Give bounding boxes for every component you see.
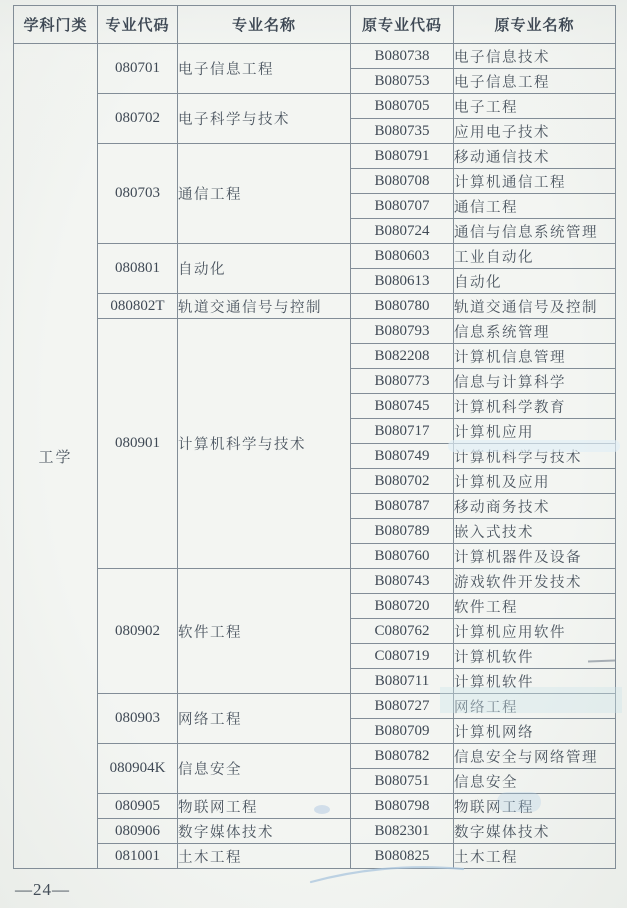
major-code-cell: 080702: [98, 94, 178, 144]
major-name-cell: 数字媒体技术: [178, 819, 351, 844]
old-major-code-cell: B080720: [351, 594, 454, 619]
old-major-code-cell: C080719: [351, 644, 454, 669]
major-name-cell: 计算机科学与技术: [178, 319, 351, 569]
old-major-name-cell: 移动通信技术: [454, 144, 616, 169]
table-row: 080902软件工程B080743游戏软件开发技术: [14, 569, 616, 594]
old-major-code-cell: B080782: [351, 744, 454, 769]
major-code-cell: 080801: [98, 244, 178, 294]
table-row: 080906数字媒体技术B082301数字媒体技术: [14, 819, 616, 844]
scan-smudge: [440, 687, 622, 713]
old-major-code-cell: B080780: [351, 294, 454, 319]
table-row: 工学080701电子信息工程B080738电子信息技术: [14, 44, 616, 69]
page-number: —24—: [15, 880, 70, 900]
old-major-code-cell: B080603: [351, 244, 454, 269]
old-major-name-cell: 计算机通信工程: [454, 169, 616, 194]
old-major-name-cell: 电子工程: [454, 94, 616, 119]
old-major-code-cell: B080738: [351, 44, 454, 69]
old-major-code-cell: B082301: [351, 819, 454, 844]
major-code-cell: 080906: [98, 819, 178, 844]
old-major-code-cell: B080702: [351, 469, 454, 494]
scan-smudge: [314, 805, 330, 814]
old-major-code-cell: B080773: [351, 369, 454, 394]
old-major-code-cell: B080711: [351, 669, 454, 694]
major-code-cell: 080802T: [98, 294, 178, 319]
old-major-code-cell: B080709: [351, 719, 454, 744]
old-major-code-cell: B080787: [351, 494, 454, 519]
major-code-cell: 080701: [98, 44, 178, 94]
table-row: 080703通信工程B080791移动通信技术: [14, 144, 616, 169]
major-name-cell: 轨道交通信号与控制: [178, 294, 351, 319]
old-major-code-cell: B080717: [351, 419, 454, 444]
old-major-name-cell: 电子信息技术: [454, 44, 616, 69]
major-code-cell: 080902: [98, 569, 178, 694]
old-major-name-cell: 计算机器件及设备: [454, 544, 616, 569]
old-major-name-cell: 数字媒体技术: [454, 819, 616, 844]
old-major-name-cell: 通信工程: [454, 194, 616, 219]
old-major-name-cell: 信息与计算科学: [454, 369, 616, 394]
table-header: 学科门类 专业代码 专业名称 原专业代码 原专业名称: [14, 6, 616, 44]
old-major-code-cell: B080613: [351, 269, 454, 294]
header-major-code: 专业代码: [98, 6, 178, 44]
major-name-cell: 电子信息工程: [178, 44, 351, 94]
old-major-code-cell: B080743: [351, 569, 454, 594]
table-row: 080802T轨道交通信号与控制B080780轨道交通信号及控制: [14, 294, 616, 319]
header-old-major-code: 原专业代码: [351, 6, 454, 44]
major-code-cell: 080903: [98, 694, 178, 744]
old-major-name-cell: 软件工程: [454, 594, 616, 619]
major-name-cell: 自动化: [178, 244, 351, 294]
old-major-code-cell: B080745: [351, 394, 454, 419]
pen-stroke-mark: [305, 860, 470, 888]
old-major-name-cell: 计算机及应用: [454, 469, 616, 494]
old-major-code-cell: B080798: [351, 794, 454, 819]
old-major-name-cell: 计算机网络: [454, 719, 616, 744]
old-major-name-cell: 计算机软件: [454, 644, 616, 669]
major-code-cell: 080904K: [98, 744, 178, 794]
old-major-name-cell: 工业自动化: [454, 244, 616, 269]
major-name-cell: 通信工程: [178, 144, 351, 244]
old-major-name-cell: 计算机科学教育: [454, 394, 616, 419]
major-code-cell: 080905: [98, 794, 178, 819]
table-body: 工学080701电子信息工程B080738电子信息技术B080753电子信息工程…: [14, 44, 616, 869]
old-major-code-cell: B080753: [351, 69, 454, 94]
major-code-mapping-table: 学科门类 专业代码 专业名称 原专业代码 原专业名称 工学080701电子信息工…: [13, 5, 616, 869]
old-major-name-cell: 计算机应用软件: [454, 619, 616, 644]
old-major-code-cell: C080762: [351, 619, 454, 644]
header-old-major-name: 原专业名称: [454, 6, 616, 44]
table-row: 080904K信息安全B080782信息安全与网络管理: [14, 744, 616, 769]
table-row: 080702电子科学与技术B080705电子工程: [14, 94, 616, 119]
old-major-code-cell: B080727: [351, 694, 454, 719]
major-code-cell: 080703: [98, 144, 178, 244]
major-name-cell: 信息安全: [178, 744, 351, 794]
old-major-name-cell: 轨道交通信号及控制: [454, 294, 616, 319]
old-major-name-cell: 应用电子技术: [454, 119, 616, 144]
old-major-code-cell: B080705: [351, 94, 454, 119]
old-major-name-cell: 信息安全: [454, 769, 616, 794]
category-cell: 工学: [14, 44, 98, 869]
old-major-name-cell: 嵌入式技术: [454, 519, 616, 544]
old-major-code-cell: B080735: [351, 119, 454, 144]
header-major-name: 专业名称: [178, 6, 351, 44]
old-major-code-cell: B080793: [351, 319, 454, 344]
old-major-name-cell: 计算机信息管理: [454, 344, 616, 369]
old-major-name-cell: 通信与信息系统管理: [454, 219, 616, 244]
scan-smudge: [497, 792, 541, 812]
table-row: 080801自动化B080603工业自动化: [14, 244, 616, 269]
old-major-code-cell: B080724: [351, 219, 454, 244]
old-major-code-cell: B080789: [351, 519, 454, 544]
old-major-code-cell: B080751: [351, 769, 454, 794]
old-major-code-cell: B080791: [351, 144, 454, 169]
old-major-name-cell: 电子信息工程: [454, 69, 616, 94]
header-row: 学科门类 专业代码 专业名称 原专业代码 原专业名称: [14, 6, 616, 44]
old-major-code-cell: B080708: [351, 169, 454, 194]
old-major-code-cell: B080760: [351, 544, 454, 569]
old-major-code-cell: B082208: [351, 344, 454, 369]
major-code-cell: 080901: [98, 319, 178, 569]
major-name-cell: 软件工程: [178, 569, 351, 694]
scan-smudge: [448, 440, 620, 452]
old-major-name-cell: 土木工程: [454, 844, 616, 869]
old-major-code-cell: B080707: [351, 194, 454, 219]
table-row: 080901计算机科学与技术B080793信息系统管理: [14, 319, 616, 344]
old-major-name-cell: 游戏软件开发技术: [454, 569, 616, 594]
scanned-page: 学科门类 专业代码 专业名称 原专业代码 原专业名称 工学080701电子信息工…: [0, 0, 627, 908]
major-code-cell: 081001: [98, 844, 178, 869]
old-major-name-cell: 移动商务技术: [454, 494, 616, 519]
header-discipline-category: 学科门类: [14, 6, 98, 44]
major-name-cell: 电子科学与技术: [178, 94, 351, 144]
old-major-code-cell: B080749: [351, 444, 454, 469]
old-major-name-cell: 自动化: [454, 269, 616, 294]
major-name-cell: 网络工程: [178, 694, 351, 744]
old-major-name-cell: 信息系统管理: [454, 319, 616, 344]
old-major-name-cell: 信息安全与网络管理: [454, 744, 616, 769]
